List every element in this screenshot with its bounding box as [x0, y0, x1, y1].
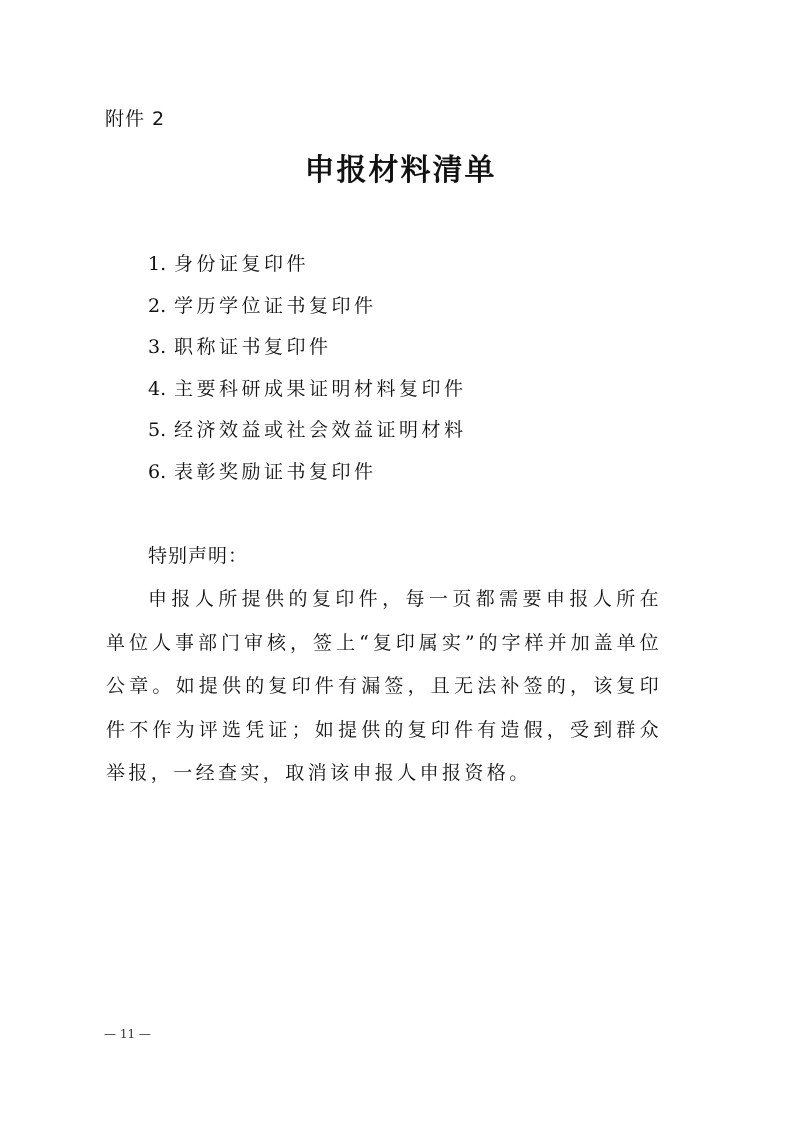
- item-text: 主要科研成果证明材料复印件: [174, 378, 467, 400]
- item-number: 2.: [148, 292, 174, 320]
- item-text: 表彰奖励证书复印件: [174, 461, 377, 483]
- item-text: 经济效益或社会效益证明材料: [174, 419, 467, 441]
- page-title: 申报材料清单: [0, 145, 793, 189]
- notice-heading: 特别声明：: [148, 541, 248, 568]
- list-item: 1.身份证复印件: [148, 250, 467, 292]
- item-number: 3.: [148, 333, 174, 361]
- notice-body: 申报人所提供的复印件，每一页都需要申报人所在单位人事部门审核，签上“复印属实”的…: [106, 578, 662, 796]
- page-number: — 11 —: [104, 1027, 151, 1041]
- item-number: 1.: [148, 250, 174, 278]
- item-number: 4.: [148, 375, 174, 403]
- list-item: 6.表彰奖励证书复印件: [148, 458, 467, 500]
- list-item: 5.经济效益或社会效益证明材料: [148, 416, 467, 458]
- list-item: 2.学历学位证书复印件: [148, 292, 467, 334]
- item-number: 5.: [148, 416, 174, 444]
- list-item: 4.主要科研成果证明材料复印件: [148, 375, 467, 417]
- materials-list: 1.身份证复印件 2.学历学位证书复印件 3.职称证书复印件 4.主要科研成果证…: [148, 250, 467, 499]
- item-text: 身份证复印件: [174, 253, 309, 275]
- attachment-label: 附件 2: [105, 104, 165, 131]
- item-text: 学历学位证书复印件: [174, 295, 377, 317]
- item-number: 6.: [148, 458, 174, 486]
- item-text: 职称证书复印件: [174, 336, 332, 358]
- list-item: 3.职称证书复印件: [148, 333, 467, 375]
